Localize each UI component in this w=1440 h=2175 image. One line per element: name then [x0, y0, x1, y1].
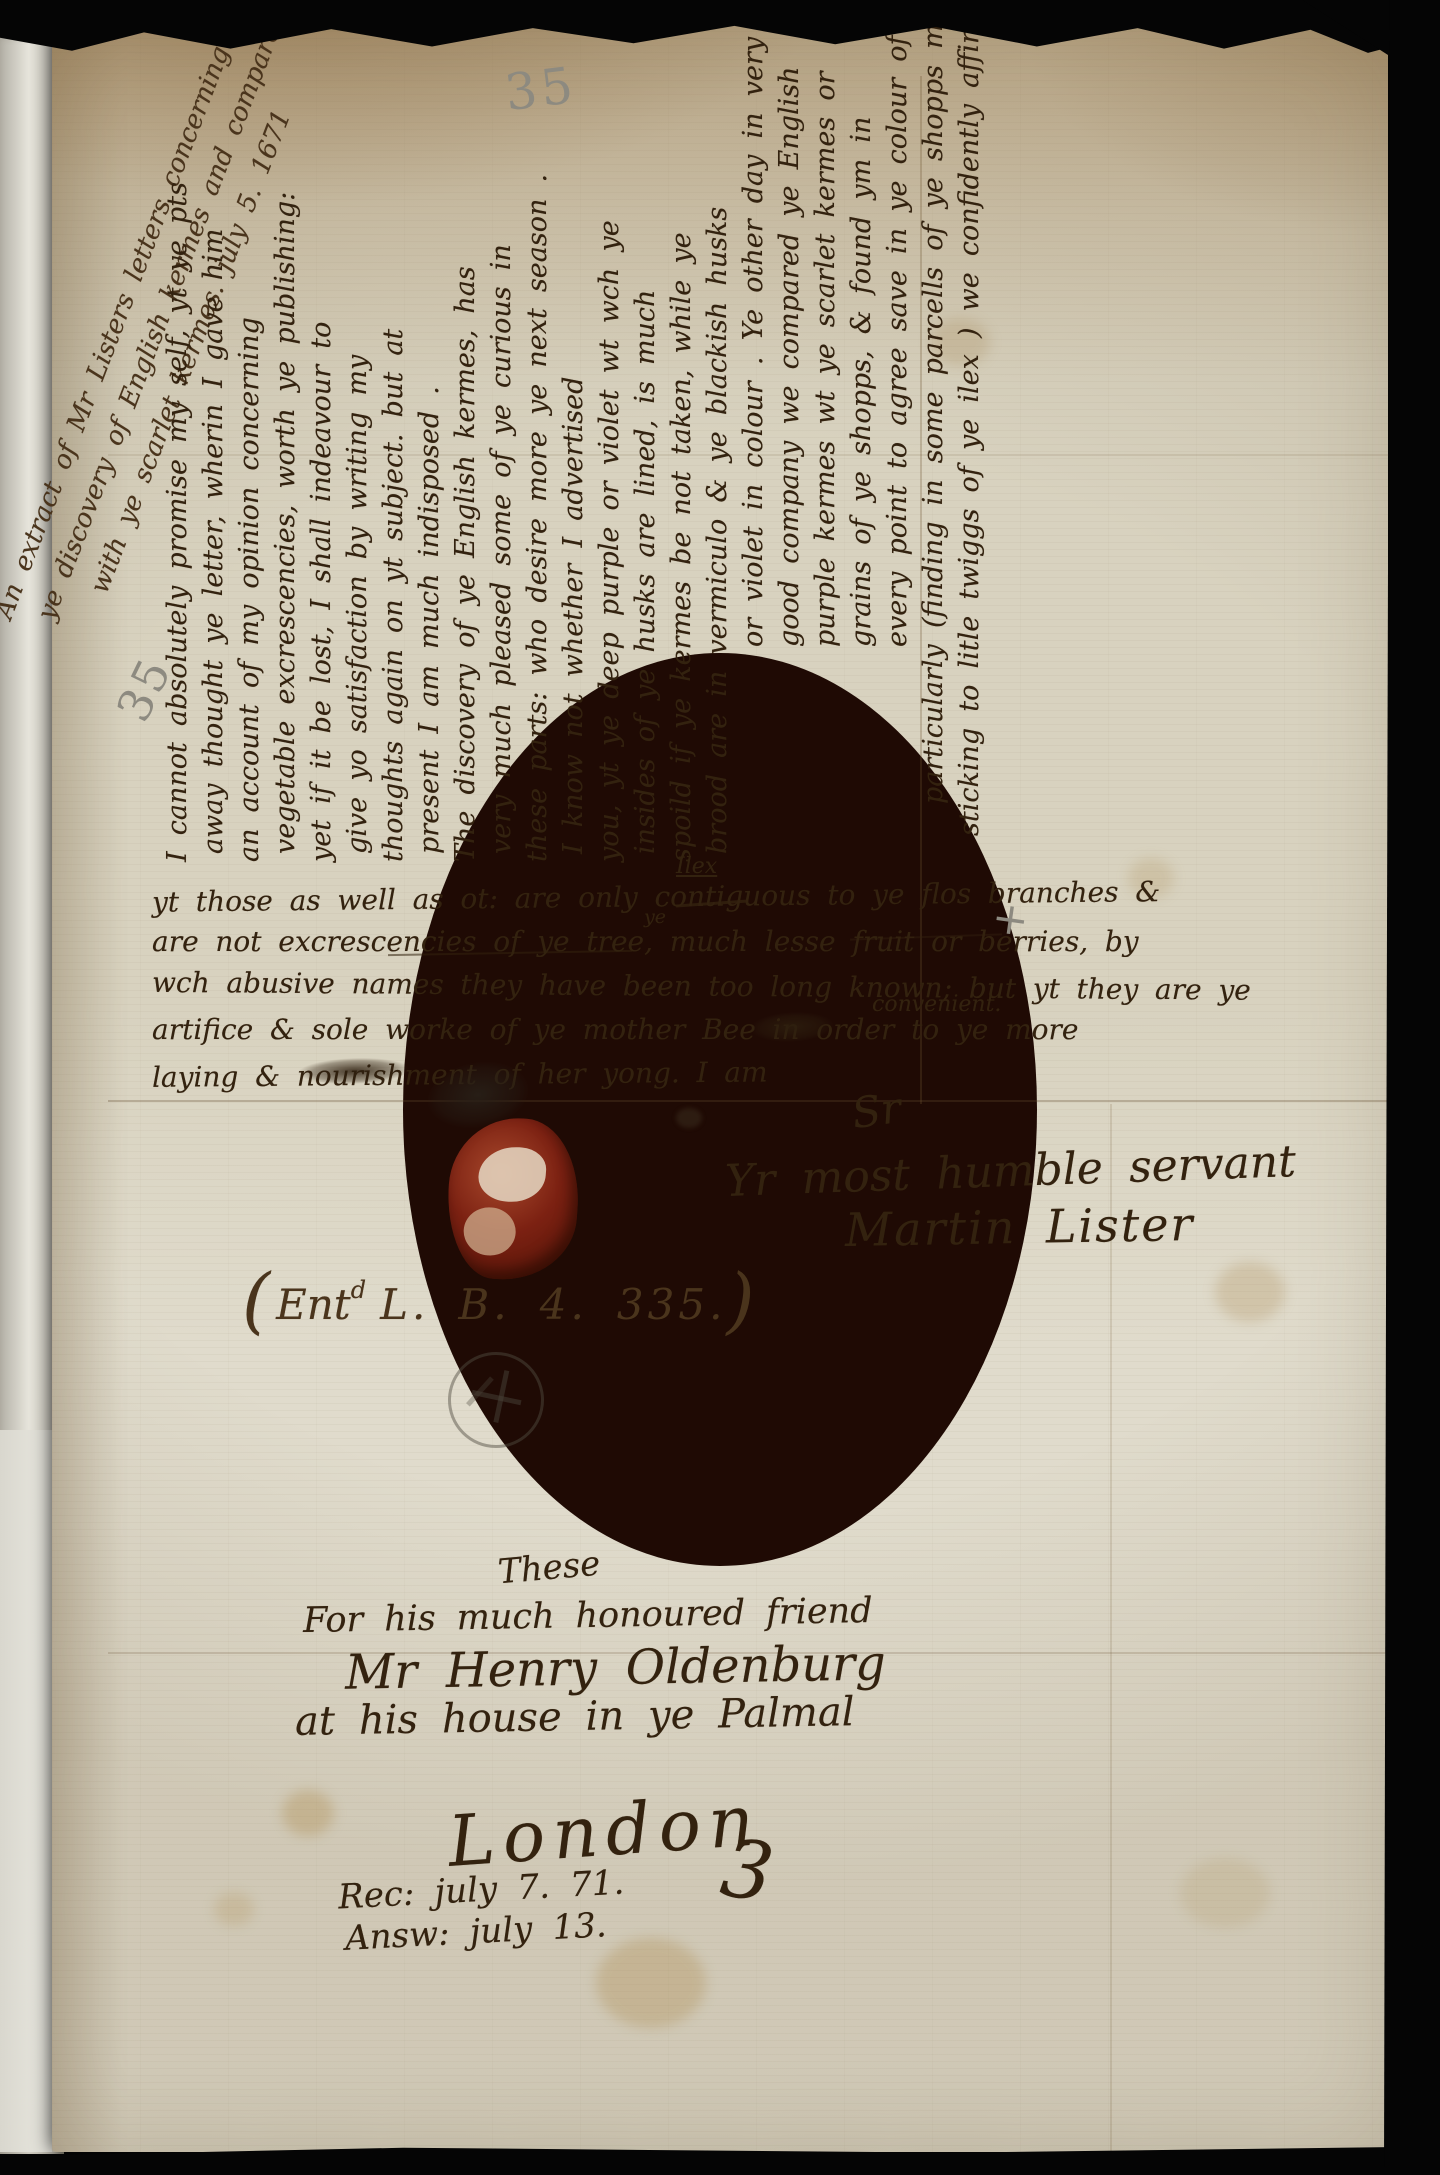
body-line: every point to agree save in ye colour o…	[880, 62, 916, 647]
body-line: grains of ye shopps, & found ym in	[844, 62, 880, 647]
wax-seal-patch	[462, 1205, 517, 1257]
scan-background: An extract of Mr Listers letters concern…	[0, 0, 1440, 2175]
closing-paragraph: yt those as well as ot: are only contigu…	[152, 876, 1038, 1096]
body-line: sticking to litle twiggs of ye ilex ) we…	[952, 62, 988, 836]
body-line: I know not whether I advertised	[556, 62, 592, 854]
caret-insertion-ilex: Ilex	[676, 854, 717, 879]
fold-crease	[1110, 1104, 1112, 2170]
caret-insertion-ye: ye	[644, 906, 666, 928]
body-line: away thought ye letter, wherin I gave hi…	[196, 62, 232, 854]
body-line: insides of ye husks are lined, is much	[628, 62, 664, 854]
body-line: The discovery of ye English kermes, has	[448, 62, 484, 862]
stain	[1215, 1262, 1285, 1322]
body-line: brood are in vermiculo & ye blackish hus…	[700, 62, 736, 854]
right-scan-edge	[1384, 0, 1440, 2175]
body-line: I cannot absolutely promise my self, yt …	[160, 62, 196, 862]
entry-paren-open: (	[242, 1264, 270, 1336]
body-line: thoughts again on yt subject. but at	[376, 62, 412, 862]
stain	[282, 1790, 334, 1836]
body-line: good company we compared ye English	[772, 62, 808, 647]
stain	[1180, 1858, 1270, 1928]
ink-speck	[676, 1108, 702, 1128]
paragraph-line: are not excrescencies of ye tree, much l…	[152, 920, 1038, 964]
signature-name: Martin Lister	[845, 1197, 1195, 1257]
wax-seal-patch	[476, 1145, 547, 1205]
body-line: yet if it be lost, I shall indeavour to	[304, 62, 340, 862]
paragraph-line: laying & nourishment of her yong. I am	[152, 1048, 1038, 1100]
body-line: particularly (finding in some parcells o…	[916, 62, 952, 804]
entry-paren-close: )	[726, 1264, 754, 1336]
body-line: an account of my opinion concerning	[232, 62, 268, 862]
body-line: you, yt ye deep purple or violet wt wch …	[592, 62, 628, 862]
fold-crease	[108, 1100, 1436, 1102]
body-line: very much pleased some of ye curious in	[484, 62, 520, 854]
body-line: or violet in colour . Ye other day in ve…	[736, 62, 772, 647]
stain	[596, 1938, 706, 2028]
body-line: vegetable excrescencies, worth ye publis…	[268, 62, 304, 854]
entry-superscript: d	[351, 1276, 366, 1304]
stain	[214, 1892, 254, 1926]
stamp-stroke	[466, 1376, 494, 1406]
body-line: present I am much indisposed .	[412, 62, 448, 854]
entry-reference: L. B. 4. 335.	[380, 1280, 726, 1329]
body-line: spoild if ye kermes be not taken, while …	[664, 62, 700, 862]
entry-word: Ent	[276, 1280, 351, 1329]
body-line: these parts: who desire more ye next sea…	[520, 62, 556, 862]
caret-insertion-convenient: convenient.	[872, 992, 1001, 1017]
address-recipient-street: at his house in ye Palmal	[295, 1689, 855, 1745]
paragraph-line: yt those as well as ot: are only contigu…	[152, 871, 1038, 924]
signature-salutation: Sr	[849, 1083, 904, 1138]
body-line: give yo satisfaction by writing my	[340, 62, 376, 854]
body-line: purple kermes wt ye scarlet kermes or	[808, 62, 844, 647]
letter-body-rotated: I cannot absolutely promise my self, yt …	[160, 62, 990, 862]
